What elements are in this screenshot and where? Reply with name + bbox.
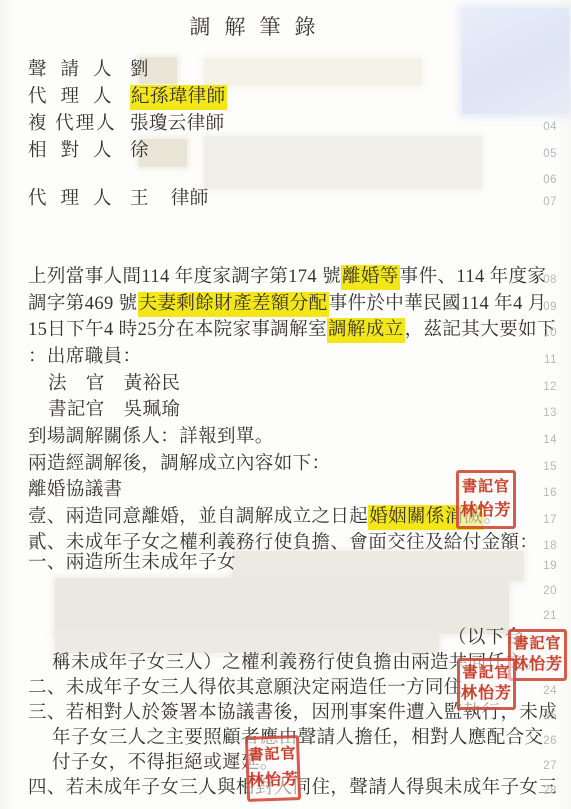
stamp-clerk-name: 林怡芳	[248, 772, 300, 790]
line-number: 08	[543, 267, 557, 293]
text-run: ，茲記其大要如下	[405, 320, 556, 340]
doc-line: 21	[28, 600, 557, 627]
text-highlight: 離婚等	[341, 265, 400, 290]
clerk-seal-stamp: 書記官林怡芳	[457, 658, 516, 710]
doc-line: 法 官 黃裕民12	[28, 371, 557, 398]
document-page: 調解筆錄 聲請人劉代理人紀孫瑋律師複 代理人張瓊云律師04相對人徐0506代理人…	[0, 0, 571, 809]
party-label: 代理人	[28, 84, 130, 110]
doc-line: （以下合22	[28, 625, 557, 652]
line-text: 到場調解關係人：詳報到單。	[28, 424, 274, 450]
text-run: 兩造經調解後，調解成立內容如下：	[28, 454, 330, 474]
text-run: 事件於中華民國114 年4 月	[329, 294, 547, 314]
text-run: 王	[130, 189, 149, 209]
line-text: 張瓊云律師	[130, 111, 225, 137]
line-text: 紀孫瑋律師	[130, 84, 227, 110]
text-highlight: 夫妻剩餘財產差額分配	[138, 292, 329, 317]
stamp-clerk-title: 書記官	[248, 748, 297, 765]
line-text: 二、未成年子女三人得依其意願決定兩造任一方同住。	[28, 675, 482, 701]
doc-line: 書記官 吳珮瑜13	[28, 397, 557, 424]
party-label: 複 代理人	[28, 111, 130, 137]
page-title: 調解筆錄	[0, 11, 519, 41]
line-number: 10	[543, 320, 557, 346]
text-run: 事件、114 年度家	[400, 267, 547, 287]
party-label: 代理人	[28, 186, 130, 212]
line-text: ：出席職員：	[28, 344, 141, 370]
party-row: 代理人紀孫瑋律師	[28, 84, 557, 111]
text-run: 一、兩造所生未成年子女	[28, 553, 236, 573]
line-text: 法 官 黃裕民	[28, 371, 180, 397]
line-number: 16	[543, 480, 557, 506]
text-run: 壹、兩造同意離婚，並自調解成立之日起	[28, 507, 368, 527]
text-highlight: 調解成立	[327, 318, 405, 343]
line-text: 調字第469 號夫妻剩餘財產差額分配事件於中華民國114 年4 月	[28, 291, 547, 317]
text-run: ：出席職員：	[28, 347, 141, 367]
line-text: 15日下午4 時25分在本院家事調解室調解成立，茲記其大要如下	[28, 317, 556, 343]
line-number: 07	[543, 189, 557, 215]
line-text: 壹、兩造同意離婚，並自調解成立之日起婚姻關係消滅。	[28, 504, 503, 530]
line-number: 11	[544, 347, 557, 373]
redacted-gap	[149, 203, 171, 204]
stamp-clerk-name: 林怡芳	[512, 657, 563, 673]
stamp-clerk-name: 林怡芳	[461, 686, 512, 702]
line-number: 14	[543, 427, 557, 453]
clerk-seal-stamp: 書記官林怡芳	[456, 470, 516, 529]
doc-line: 15日下午4 時25分在本院家事調解室調解成立，茲記其大要如下10	[28, 317, 557, 344]
party-row: 相對人徐05	[28, 138, 557, 165]
stamp-clerk-title: 書記官	[513, 637, 561, 652]
line-text: 上列當事人間114 年度家調字第174 號離婚等事件、114 年度家	[28, 264, 546, 290]
doc-line: ：出席職員：11	[28, 344, 557, 371]
clerk-seal-stamp: 書記官林怡芳	[508, 629, 567, 681]
stamp-clerk-title: 書記官	[462, 480, 510, 495]
doc-line: 調字第469 號夫妻剩餘財產差額分配事件於中華民國114 年4 月09	[28, 291, 557, 318]
clerk-seal-stamp: 書記官林怡芳	[245, 735, 301, 802]
line-text: （以下合	[28, 625, 524, 651]
party-label: 相對人	[28, 138, 130, 164]
text-run: 劉	[130, 60, 149, 80]
text-run: 書記官 吳珮瑜	[48, 400, 180, 420]
text-run: 張瓊云律師	[130, 114, 225, 134]
text-run: 法 官 黃裕民	[48, 374, 180, 394]
line-number: 13	[543, 400, 557, 426]
line-text: 徐	[130, 138, 149, 164]
text-run: 律師	[171, 189, 209, 209]
doc-line: 20	[28, 575, 557, 602]
doc-line: 上列當事人間114 年度家調字第174 號離婚等事件、114 年度家08	[28, 264, 557, 291]
text-run: 上列當事人間114 年度家調字第174 號	[28, 267, 341, 287]
text-run: 徐	[130, 141, 149, 161]
line-number: 04	[543, 114, 557, 140]
party-label: 聲請人	[28, 57, 130, 83]
text-run: 離婚協議書	[28, 480, 123, 500]
line-text: 書記官 吳珮瑜	[28, 397, 180, 423]
line-text: 一、兩造所生未成年子女	[28, 550, 236, 576]
party-row: 複 代理人張瓊云律師04	[28, 111, 557, 138]
line-text: 劉	[130, 57, 149, 83]
party-row: 代理人王律師07	[28, 186, 557, 213]
party-row: 聲請人劉	[28, 57, 557, 84]
text-run: 調字第469 號	[28, 294, 138, 314]
text-run: 到場調解關係人：詳報到單。	[28, 427, 274, 447]
doc-line: 一、兩造所生未成年子女19	[28, 550, 557, 577]
line-text: 付子女，不得拒絕或遲延。	[28, 750, 279, 776]
line-text: 兩造經調解後，調解成立內容如下：	[28, 451, 330, 477]
stamp-clerk-name: 林怡芳	[460, 503, 511, 519]
text-run: 15日下午4 時25分在本院家事調解室	[28, 320, 327, 340]
text-run: 二、未成年子女三人得依其意願決定兩造任一方同住。	[28, 678, 482, 698]
doc-line: 到場調解關係人：詳報到單。14	[28, 424, 557, 451]
text-highlight: 紀孫瑋律師	[130, 85, 227, 110]
line-text: 王律師	[130, 186, 209, 212]
line-number: 28	[543, 778, 557, 804]
stamp-clerk-title: 書記官	[462, 666, 510, 681]
line-text: 離婚協議書	[28, 477, 123, 503]
